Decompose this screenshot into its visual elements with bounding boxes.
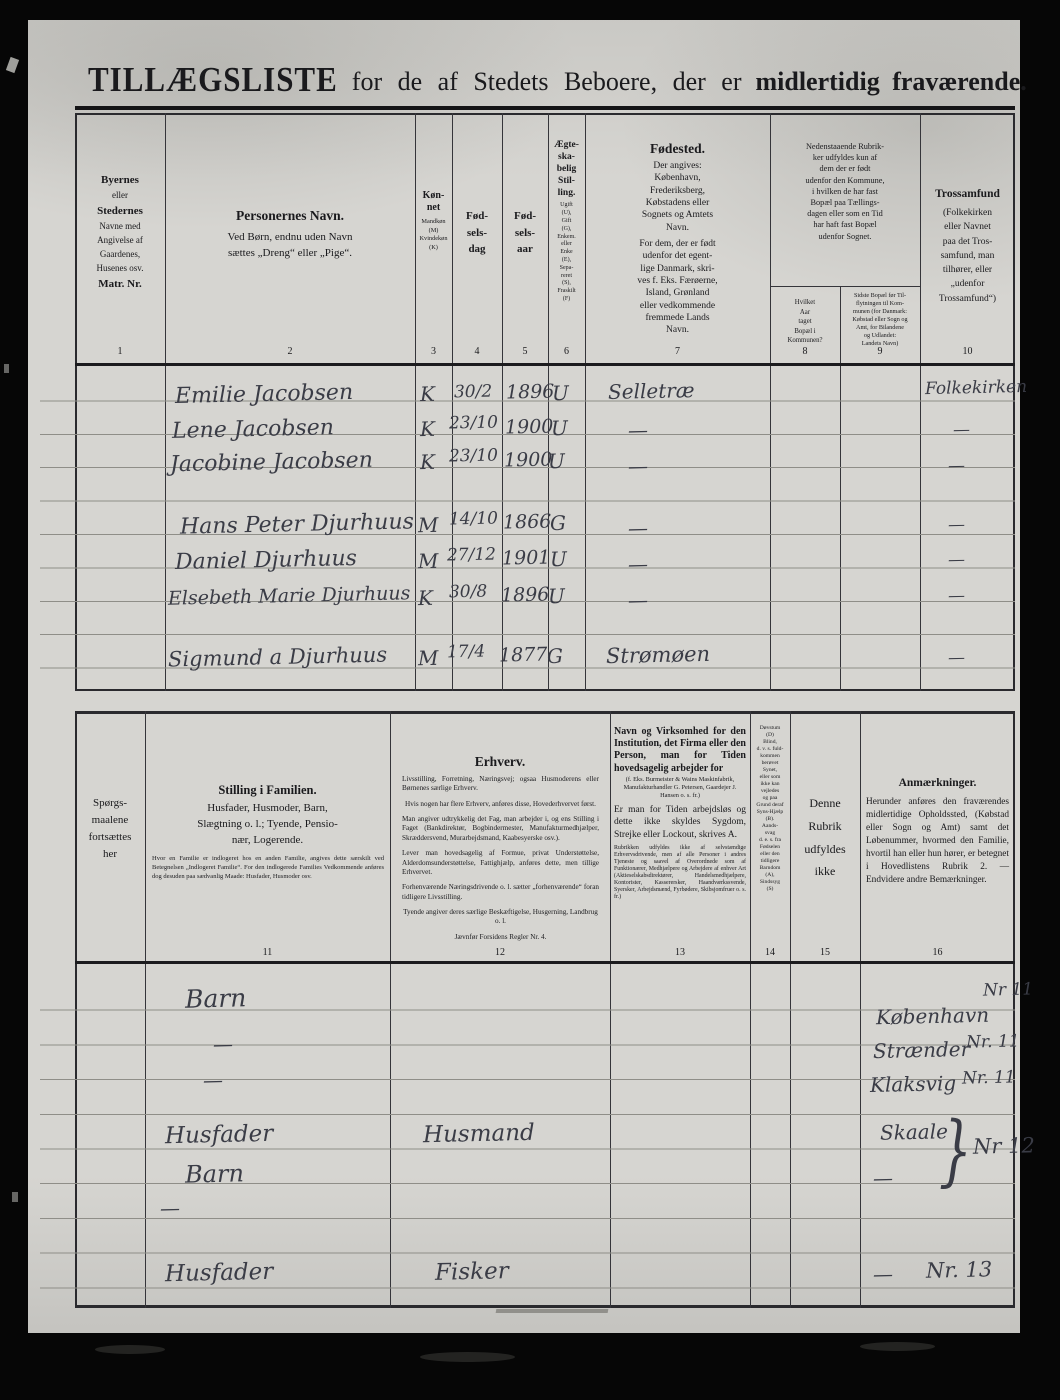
census-form: TILLÆGSLISTE for de af Stedets Beboere, … bbox=[28, 20, 1020, 1333]
col-number: 3 bbox=[415, 346, 452, 357]
title-rule bbox=[75, 106, 1015, 110]
row-occupation: Fisker bbox=[435, 1258, 509, 1286]
row-birthday: 23/10 bbox=[449, 412, 498, 433]
row-status: U bbox=[550, 547, 567, 571]
row-birthyear: 1896 bbox=[501, 583, 550, 606]
scan-smudge bbox=[860, 1342, 935, 1351]
row-name: Jacobine Jacobsen bbox=[170, 448, 373, 478]
col12-p1: Livsstilling, Forretning, Næringsvej; og… bbox=[402, 775, 599, 794]
col7-sub2: For dem, der er født udenfor det egent- … bbox=[585, 238, 770, 337]
col12-body: Livsstilling, Forretning, Næringsvej; og… bbox=[402, 775, 599, 942]
col-number: 11 bbox=[145, 947, 390, 958]
row-birthplace: — bbox=[628, 516, 649, 540]
col16-title: Anmærkninger. bbox=[860, 777, 1015, 789]
col12-p3: Man angiver udtrykkelig det Fag, man arb… bbox=[402, 815, 599, 843]
col14-sub: Døvstum (D) Blind, d. v. s. fuld- kommen… bbox=[751, 725, 789, 893]
col12-p7: Jævnfør Forsidens Regler Nr. 4. bbox=[402, 933, 599, 942]
col6-sub: Ugift (U), Gift (G), Enkem. eller Enke (… bbox=[548, 202, 585, 303]
row-status: G bbox=[547, 644, 564, 668]
col-number: 13 bbox=[610, 947, 750, 958]
row-faith: — bbox=[953, 420, 970, 440]
col-number: 2 bbox=[165, 346, 415, 357]
row-remark: Strænder bbox=[873, 1037, 971, 1063]
remark-brace: } bbox=[939, 1105, 973, 1197]
row-name: Emilie Jacobsen bbox=[175, 380, 354, 409]
col-number: 15 bbox=[790, 947, 860, 958]
row-status: G bbox=[550, 511, 567, 535]
printer-imprint bbox=[496, 1309, 609, 1313]
col16-sub: Herunder anføres den fraværendes midlert… bbox=[866, 796, 1009, 887]
row-remark: København bbox=[876, 1003, 990, 1030]
row-birthyear: 1900 bbox=[505, 415, 554, 438]
row-sex: K bbox=[418, 586, 433, 610]
row-name: Hans Peter Djurhuus bbox=[180, 509, 414, 539]
row-remark: Skaale bbox=[880, 1119, 948, 1145]
col11-sub: Husfader, Husmoder, Barn, Slægtning o. l… bbox=[145, 801, 390, 849]
col8-sub: Hvilket Aar taget Bopæl i Kommunen? bbox=[770, 298, 840, 346]
row-name: Daniel Djurhuus bbox=[175, 546, 357, 575]
col10-title: Trossamfund bbox=[920, 188, 1015, 200]
col15-text: Denne Rubrik udfyldes ikke bbox=[790, 792, 860, 883]
col1-n2: Navne med Angivelse af Gaardenes, Husene… bbox=[79, 220, 161, 276]
page-title-mid: for de af Stedets Beboere, der er bbox=[352, 67, 742, 97]
row-birthplace: — bbox=[628, 454, 649, 478]
row-birthday: 27/12 bbox=[447, 544, 496, 565]
col-number: 4 bbox=[452, 346, 502, 357]
col-number: 16 bbox=[860, 947, 1015, 958]
row-sex: M bbox=[418, 513, 439, 537]
row-position: Barn bbox=[185, 983, 247, 1013]
col4-title: Fød- sels- dag bbox=[452, 208, 502, 258]
col-number: 1 bbox=[75, 346, 165, 357]
row-faith: — bbox=[948, 515, 965, 535]
row-birthplace: Selletræ bbox=[608, 378, 695, 404]
scan-smudge bbox=[420, 1352, 515, 1362]
row-faith: Folkekirken bbox=[925, 377, 1028, 399]
row-remark-number: Nr. 11 bbox=[962, 1067, 1016, 1088]
questions-continue-label: Spørgs- maalene fortsættes her bbox=[75, 795, 145, 863]
col-number: 12 bbox=[390, 947, 610, 958]
row-remark: Klaksvig bbox=[870, 1071, 957, 1097]
col12-p6: Tyende angiver deres særlige Beskæftigel… bbox=[402, 908, 599, 927]
col3-header: Køn- net Mandkøn (M) Kvindekøn (K) bbox=[415, 190, 452, 252]
col-number: 10 bbox=[920, 346, 1015, 357]
row-remark-number: Nr. 13 bbox=[926, 1257, 993, 1282]
col13-body: Navn og Virksomhed for den Institution, … bbox=[614, 726, 746, 900]
col1-n1: eller bbox=[79, 189, 161, 203]
col13-p2: Er man for Tiden arbejdsløs og dette ikk… bbox=[614, 804, 746, 840]
col-number: 9 bbox=[840, 346, 920, 357]
header-bottom-rule bbox=[75, 961, 1015, 964]
row-status: U bbox=[552, 381, 569, 405]
col1-b3: Matr. Nr. bbox=[79, 276, 161, 293]
row-sex: M bbox=[418, 646, 439, 670]
row-faith: — bbox=[948, 456, 965, 476]
col-number: 7 bbox=[585, 346, 770, 357]
row-birthplace: — bbox=[628, 418, 649, 442]
paper-speck bbox=[12, 1192, 18, 1202]
row-birthyear: 1896 bbox=[506, 380, 555, 403]
row-faith: — bbox=[948, 586, 965, 606]
col12-p5: Forhenværende Næringsdrivende o. l. sætt… bbox=[402, 883, 599, 902]
row-birthday: 14/10 bbox=[449, 508, 498, 529]
row-faith: — bbox=[948, 550, 965, 570]
row-position: — bbox=[203, 1068, 224, 1092]
col12-p2: Hvis nogen har flere Erhverv, anføres di… bbox=[402, 800, 599, 809]
row-birthyear: 1877 bbox=[499, 643, 548, 666]
col9-sub: Sidste Bopæl før Til- flytningen til Kom… bbox=[840, 292, 920, 348]
row-position: Husfader bbox=[165, 1259, 274, 1287]
row-occupation: Husmand bbox=[423, 1120, 535, 1149]
col5-title: Fød- sels- aar bbox=[502, 208, 548, 258]
scanned-census-page: TILLÆGSLISTE for de af Stedets Beboere, … bbox=[0, 0, 1060, 1400]
col11-title: Stilling i Familien. bbox=[145, 783, 390, 798]
row-faith: — bbox=[948, 648, 965, 668]
row-remark-number: Nr 11 bbox=[983, 979, 1033, 1000]
col1-b1: Byernes bbox=[79, 172, 161, 189]
row-position: Barn bbox=[185, 1159, 244, 1188]
row-position: — bbox=[160, 1196, 181, 1220]
col3-title: Køn- net bbox=[415, 190, 452, 214]
col7-sub1: Der angives: København, Frederiksberg, K… bbox=[585, 160, 770, 234]
col1-header: Byernes eller Stedernes Navne med Angive… bbox=[79, 172, 161, 293]
col1-b2: Stedernes bbox=[79, 203, 161, 220]
col13-p3: Rubrikken udfyldes ikke af selvstændige … bbox=[614, 845, 746, 901]
row-position: — bbox=[213, 1032, 234, 1056]
col12-p4: Lever man hovedsagelig af Formue, privat… bbox=[402, 849, 599, 877]
page-title-main: TILLÆGSLISTE bbox=[88, 60, 338, 100]
col13-p1b: (f. Eks. Burmeister & Wains Maskinfabrik… bbox=[614, 776, 746, 801]
col3-sub: Mandkøn (M) Kvindekøn (K) bbox=[415, 218, 452, 252]
row-sex: K bbox=[420, 417, 435, 441]
row-birthplace: Strømøen bbox=[606, 642, 711, 668]
scan-smudge bbox=[95, 1345, 165, 1354]
col12-title: Erhverv. bbox=[390, 754, 610, 770]
row-sex: K bbox=[420, 450, 435, 474]
row-birthyear: 1866 bbox=[503, 510, 552, 533]
row-sex: K bbox=[420, 382, 435, 406]
col13-p1: Navn og Virksomhed for den Institution, … bbox=[614, 726, 746, 775]
row-name: Lene Jacobsen bbox=[172, 415, 334, 444]
row-birthday: 30/8 bbox=[449, 582, 488, 603]
row-position: Husfader bbox=[165, 1121, 274, 1149]
col2-title: Personernes Navn. bbox=[165, 208, 415, 224]
col11-fine-print: Hvor en Familie er indlogeret hos en and… bbox=[152, 855, 384, 881]
col-number: 5 bbox=[502, 346, 548, 357]
row-status: U bbox=[551, 416, 568, 440]
row-birthyear: 1901 bbox=[502, 546, 551, 569]
row-birthday: 17/4 bbox=[447, 642, 486, 663]
row-birthplace: — bbox=[628, 588, 649, 612]
col2-sub: Ved Børn, endnu uden Navn sættes „Dreng“… bbox=[165, 230, 415, 262]
row-birthyear: 1900 bbox=[504, 448, 553, 471]
col-number: 8 bbox=[770, 346, 840, 357]
col8-9-group-header: Nedenstaaende Rubrik- ker udfyldes kun a… bbox=[770, 141, 920, 242]
paper-speck bbox=[4, 364, 9, 373]
row-birthday: 23/10 bbox=[449, 445, 498, 466]
col-number: 6 bbox=[548, 346, 585, 357]
row-sex: M bbox=[418, 549, 439, 573]
row-status: U bbox=[548, 449, 565, 473]
col-number: 14 bbox=[750, 947, 790, 958]
grid-line bbox=[770, 286, 920, 287]
page-title: TILLÆGSLISTE for de af Stedets Beboere, … bbox=[88, 62, 1027, 98]
col6-title: Ægte- ska- belig Stil- ling. bbox=[548, 140, 585, 199]
row-remark-number: Nr. 11 bbox=[966, 1031, 1020, 1052]
row-status: U bbox=[548, 584, 565, 608]
page-title-end: midlertidig fraværende. bbox=[755, 67, 1026, 97]
col10-sub: (Folkekirken eller Navnet paa det Tros- … bbox=[920, 206, 1015, 306]
row-remark: — bbox=[873, 1262, 894, 1286]
row-name: Sigmund a Djurhuus bbox=[168, 643, 388, 672]
remark-brace-label: Nr 12 bbox=[973, 1133, 1035, 1158]
paper-speck bbox=[6, 57, 19, 73]
header-bottom-rule bbox=[75, 363, 1015, 366]
col6-header: Ægte- ska- belig Stil- ling. Ugift (U), … bbox=[548, 140, 585, 304]
row-birthday: 30/2 bbox=[454, 382, 493, 403]
row-birthplace: — bbox=[628, 552, 649, 576]
col7-title: Fødested. bbox=[585, 141, 770, 157]
row-remark: — bbox=[873, 1166, 894, 1190]
